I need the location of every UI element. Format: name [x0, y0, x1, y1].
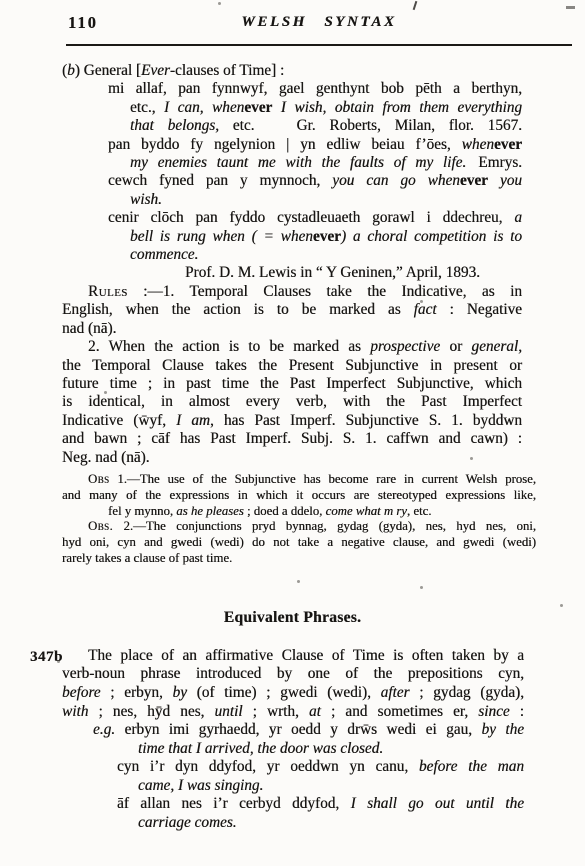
text-segment: Ever: [141, 62, 170, 79]
text-segment: b: [67, 62, 75, 79]
text-segment: and bawn ; cāf has Past Imperf. Subj. S.…: [62, 430, 522, 447]
text-line: wish.: [130, 191, 585, 209]
text-segment: that belongs,: [130, 117, 233, 134]
text-segment: (of time) ; gwedi (wedi),: [187, 684, 381, 701]
text-line: Obs 1.—The use of the Subjunctive has be…: [88, 472, 536, 488]
margin-section-number: 347b: [30, 648, 63, 667]
text-segment: since: [478, 703, 509, 720]
text-segment: erbyn imi gyrhaedd, yr oedd y drw̄s wedi…: [115, 721, 481, 738]
text-line: verb-noun phrase introduced by one of th…: [62, 665, 524, 684]
text-line: nad (nā).: [62, 320, 585, 338]
text-segment: Neg. nad (nā).: [62, 449, 150, 466]
text-segment: prospective: [370, 338, 440, 355]
text-segment: when: [462, 136, 494, 153]
body-text-block: (b) General [Ever-clauses of Time] :mi a…: [0, 62, 585, 467]
text-line: future time ; in past time the Past Impe…: [62, 375, 522, 393]
text-line: and bawn ; cāf has Past Imperf. Subj. S.…: [62, 430, 522, 448]
scan-artifact: [413, 1, 418, 10]
text-segment: Obs.: [88, 519, 113, 533]
text-segment: cenir clōch pan fyddo cystadleuaeth gora…: [108, 209, 514, 226]
text-segment: I can, when: [164, 99, 244, 116]
scan-artifact: [218, 2, 221, 5]
text-segment: until: [214, 703, 242, 720]
text-segment: etc.: [233, 117, 255, 134]
text-line: came, I was singing.: [138, 777, 585, 796]
text-segment: hyd oni, cyn and gwedi (wedi) do not tak…: [62, 535, 536, 549]
section-heading: Equivalent Phrases.: [0, 609, 585, 627]
text-segment: before the man: [419, 758, 524, 775]
text-segment: āf allan nes i’r cerbyd ddyfod,: [117, 795, 351, 812]
text-line: that belongs, etc.Gr. Roberts, Milan, fl…: [130, 117, 522, 135]
text-segment: with: [62, 703, 88, 720]
text-segment: -clauses of Time] :: [170, 62, 284, 79]
text-line: 2. When the action is to be marked as pr…: [88, 338, 522, 356]
text-segment: ever: [313, 228, 341, 245]
text-segment: :—1. Temporal Clauses take the Indicativ…: [128, 283, 522, 300]
text-segment: English, when the action is to be marked…: [62, 301, 414, 318]
text-segment: came, I was singing.: [138, 777, 263, 794]
text-segment: ) General [: [75, 62, 141, 79]
text-segment: wish.: [130, 191, 162, 208]
text-segment: cyn i’r dyn ddyfod, yr oeddwn yn canu,: [117, 758, 419, 775]
text-segment: the Temporal Clause takes the Present Su…: [62, 357, 522, 374]
text-segment: ; erbyn,: [101, 684, 173, 701]
text-line: is identical, in almost every verb, with…: [62, 393, 522, 411]
scan-artifact: [57, 660, 60, 663]
text-segment: fel y mynno,: [108, 504, 176, 518]
text-segment: e.g.: [93, 721, 115, 738]
text-line: time that I arrived, the door was closed…: [138, 740, 585, 759]
text-line: Indicative (w̄yf, I am, has Past Imperf.…: [62, 412, 522, 430]
text-segment: ; doed a ddelo,: [244, 504, 326, 518]
scan-artifact: [420, 586, 423, 589]
scan-artifact: [470, 457, 473, 460]
text-segment: come what m ry: [326, 504, 407, 518]
text-segment: 2. When the action is to be marked as: [88, 338, 370, 355]
text-segment: ever: [494, 136, 522, 153]
text-segment: Indicative (w̄yf,: [62, 412, 176, 429]
text-segment: carriage comes.: [138, 814, 237, 831]
text-segment: time that I arrived, the door was closed…: [138, 740, 383, 757]
text-line: before ; erbyn, by (of time) ; gwedi (we…: [62, 684, 524, 703]
text-segment: by the: [481, 721, 524, 738]
text-line: commence.: [130, 246, 585, 264]
text-segment: Emrys.: [478, 154, 522, 171]
text-line: rarely takes a clause of past time.: [62, 551, 585, 567]
text-segment: a: [514, 209, 522, 226]
text-line: cewch fyned pan y mynnoch, you can go wh…: [108, 172, 522, 190]
text-segment: general,: [471, 338, 522, 355]
text-segment: after: [381, 684, 410, 701]
text-segment: and many of the expressions in which it …: [62, 488, 536, 502]
equivalent-phrases-block: 347b The place of an affirmative Clause …: [0, 647, 585, 833]
text-segment: ; wrth,: [243, 703, 309, 720]
text-segment: 2.—The conjunctions pryd bynnag, gydag (…: [113, 519, 536, 533]
text-segment: The place of an affirmative Clause of Ti…: [88, 647, 524, 664]
text-segment: I am: [176, 412, 210, 429]
text-segment: , etc.: [407, 504, 432, 518]
scan-artifact: [104, 391, 107, 394]
text-segment: ever: [244, 99, 272, 116]
text-line: e.g. erbyn imi gyrhaedd, yr oedd y drw̄s…: [93, 721, 524, 740]
text-segment: cewch fyned pan y mynnoch,: [108, 172, 332, 189]
text-line: cyn i’r dyn ddyfod, yr oeddwn yn canu, b…: [117, 758, 524, 777]
text-segment: as he pleases: [176, 504, 244, 518]
text-line: hyd oni, cyn and gwedi (wedi) do not tak…: [62, 535, 536, 551]
text-line: fel y mynno, as he pleases ; doed a ddel…: [108, 504, 585, 520]
text-line: carriage comes.: [138, 814, 585, 833]
text-line: my enemies taunt me with the faults of m…: [130, 154, 522, 172]
text-segment: Prof. D. M. Lewis in “ Y Geninen,” April…: [185, 264, 480, 281]
scanned-book-page: 110 WELSH SYNTAX (b) General [Ever-claus…: [0, 0, 585, 866]
text-line: and many of the expressions in which it …: [62, 488, 536, 504]
text-segment: Rules: [88, 283, 128, 300]
text-line: The place of an affirmative Clause of Ti…: [88, 647, 524, 666]
text-segment: ever: [460, 172, 488, 189]
scan-artifact: [297, 580, 300, 583]
running-title: WELSH SYNTAX: [66, 14, 572, 31]
text-line: Rules :—1. Temporal Clauses take the Ind…: [88, 283, 522, 301]
text-segment: : Negative: [437, 301, 522, 318]
text-line: cenir clōch pan fyddo cystadleuaeth gora…: [108, 209, 522, 227]
text-segment: future time ; in past time the Past Impe…: [62, 375, 522, 392]
observations-block: Obs 1.—The use of the Subjunctive has be…: [0, 472, 585, 567]
text-segment: verb-noun phrase introduced by one of th…: [62, 665, 524, 682]
text-line: etc., I can, whenever I wish, obtain fro…: [130, 99, 522, 117]
header-rule: [66, 44, 572, 46]
text-line: Neg. nad (nā).: [62, 449, 585, 467]
text-segment: Gr. Roberts, Milan, flor. 1567.: [296, 117, 522, 134]
text-segment: bell is rung when ( = when: [130, 228, 313, 245]
text-segment: at: [309, 703, 321, 720]
text-segment: :: [510, 703, 524, 720]
text-line: pan byddo fy ngelynion | yn edliw beiau …: [108, 136, 522, 154]
text-line: āf allan nes i’r cerbyd ddyfod, I shall …: [117, 795, 524, 814]
text-segment: ) a choral competition is to: [341, 228, 522, 245]
text-segment: nad (nā).: [62, 320, 116, 337]
text-segment: I shall go out until the: [351, 795, 524, 812]
text-segment: mi allaf, pan fynnwyf, gael genthynt bob…: [108, 80, 522, 97]
text-line: (b) General [Ever-clauses of Time] :: [62, 62, 585, 80]
text-segment: , has Past Imperf. Subjunctive S. 1. byd…: [210, 412, 522, 429]
text-segment: fact: [414, 301, 437, 318]
scan-artifact: [560, 604, 563, 607]
text-line: the Temporal Clause takes the Present Su…: [62, 357, 522, 375]
scan-artifact: [420, 300, 423, 303]
text-line: Obs. 2.—The conjunctions pryd bynnag, gy…: [88, 519, 536, 535]
text-segment: before: [62, 684, 101, 701]
text-line: mi allaf, pan fynnwyf, gael genthynt bob…: [108, 80, 522, 98]
text-segment: you can go when: [332, 172, 460, 189]
text-line: with ; nes, hȳd nes, until ; wrth, at ; …: [62, 703, 524, 722]
text-segment: I wish, obtain from them everything: [272, 99, 522, 116]
page-header: 110 WELSH SYNTAX: [0, 13, 585, 37]
text-segment: Obs: [88, 472, 109, 486]
text-line: bell is rung when ( = whenever) a choral…: [130, 228, 522, 246]
text-segment: is identical, in almost every verb, with…: [62, 393, 522, 410]
text-segment: my enemies taunt me with the faults of m…: [130, 154, 466, 171]
text-segment: pan byddo fy ngelynion | yn edliw beiau …: [108, 136, 462, 153]
text-segment: etc.,: [130, 99, 164, 116]
text-segment: ; gydag (gyda),: [410, 684, 524, 701]
text-segment: rarely takes a clause of past time.: [62, 551, 232, 565]
text-segment: you: [488, 172, 522, 189]
text-segment: or: [440, 338, 471, 355]
text-line: English, when the action is to be marked…: [62, 301, 522, 319]
text-segment: by: [173, 684, 187, 701]
text-segment: ; nes, hȳd nes,: [88, 703, 214, 720]
scan-artifact: [566, 6, 575, 9]
text-segment: commence.: [130, 246, 198, 263]
text-segment: ; and sometimes er,: [321, 703, 478, 720]
text-line: Prof. D. M. Lewis in “ Y Geninen,” April…: [185, 264, 585, 282]
text-segment: 1.—The use of the Subjunctive has become…: [109, 472, 536, 486]
